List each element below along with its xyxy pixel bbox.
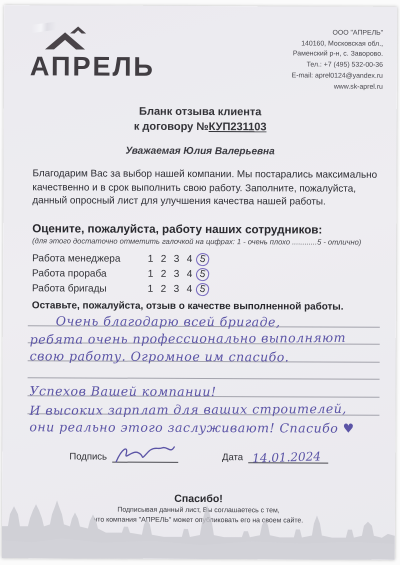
contract-prefix: к договору № (134, 121, 209, 133)
rating-option-2: 2 (157, 284, 170, 295)
rating-option-1: 1 (144, 269, 157, 280)
signature-field (112, 449, 178, 463)
signature-label: Подпись (69, 451, 107, 462)
form-title-line2: к договору №КУП231103 (4, 119, 397, 136)
rating-option-5-circled: 5 (195, 252, 210, 267)
rating-option-3: 3 (170, 269, 183, 280)
handwritten-date: 14.01.2024 (252, 449, 321, 465)
review-line: И высоких зарплат для ваших строителей, (27, 396, 379, 415)
form-title: Бланк отзыва клиента к договору №КУП2311… (4, 104, 397, 135)
company-contact-block: ООО "АПРЕЛЬ" 140160, Московская обл., Ра… (292, 28, 384, 93)
signature-row: Подпись Дата 14.01.2024 (2, 448, 395, 464)
rating-option-4: 4 (183, 254, 196, 265)
company-logo: АПРЕЛЬ (30, 25, 155, 81)
date-label: Дата (222, 452, 243, 463)
rating-row-manager: Работа менеджера 1 2 3 4 5 (32, 251, 209, 267)
contact-company: ООО "АПРЕЛЬ" (292, 28, 383, 39)
contact-email: E-mail: aprel0124@yandex.ru (292, 71, 383, 82)
rating-option-5-circled: 5 (195, 267, 210, 282)
contact-phone: Тел.: +7 (495) 532-00-36 (292, 61, 383, 72)
review-lines: Очень благодарю всей бригаде, ребята оче… (27, 308, 380, 433)
review-line (28, 361, 380, 380)
rating-option-5-circled: 5 (195, 282, 210, 297)
intro-paragraph: Благодарим Вас за выбор нашей компании. … (32, 167, 377, 209)
salutation: Уважаемая Юлия Валерьевна (4, 145, 397, 158)
rating-option-3: 3 (170, 254, 183, 265)
rating-option-4: 4 (183, 269, 196, 280)
contact-website: www.sk-aprel.ru (292, 82, 383, 93)
ratings-heading: Оцените, пожалуйста, работу наших сотруд… (32, 222, 322, 236)
rating-option-3: 3 (170, 284, 183, 295)
contact-address2: Раменский р-н, с. Заворово. (292, 50, 383, 61)
contact-address1: 140160, Московская обл., (292, 39, 383, 50)
ratings-table: Работа менеджера 1 2 3 4 5 Работа прораб… (32, 251, 209, 297)
rating-row-foreman: Работа прораба 1 2 3 4 5 (32, 266, 209, 282)
rating-label: Работа менеджера (32, 253, 144, 264)
ratings-instruction: (для этого достаточно отметить галочкой … (32, 236, 361, 246)
rating-label: Работа прораба (32, 268, 144, 279)
logo-text: АПРЕЛЬ (30, 53, 155, 81)
rating-option-1: 1 (144, 284, 157, 295)
rating-option-2: 2 (157, 254, 170, 265)
contract-number: КУП231103 (209, 121, 267, 133)
rating-option-1: 1 (144, 254, 157, 265)
review-line: свою работу. Огромное им спасибо. (28, 343, 380, 362)
date-field: 14.01.2024 (248, 449, 328, 463)
moscow-skyline-silhouette (2, 496, 395, 560)
review-line: они реально этого заслуживают! Спасибо ♥ (27, 414, 379, 433)
review-line: ребята очень профессионально выполняют (28, 326, 380, 345)
review-line: Успехов Вашей компании! (28, 379, 380, 398)
rating-option-4: 4 (183, 284, 196, 295)
rating-label: Работа бригады (32, 283, 144, 294)
form-title-line1: Бланк отзыва клиента (4, 104, 397, 121)
roof-icon (44, 25, 96, 51)
scanned-feedback-form: АПРЕЛЬ ООО "АПРЕЛЬ" 140160, Московская о… (2, 5, 397, 560)
handwritten-text: они реально этого заслуживают! Спасибо ♥ (29, 419, 354, 435)
rating-option-2: 2 (157, 269, 170, 280)
signature-scribble (112, 444, 176, 466)
rating-row-crew: Работа бригады 1 2 3 4 5 (32, 281, 209, 297)
review-line: Очень благодарю всей бригаде, (28, 308, 380, 327)
